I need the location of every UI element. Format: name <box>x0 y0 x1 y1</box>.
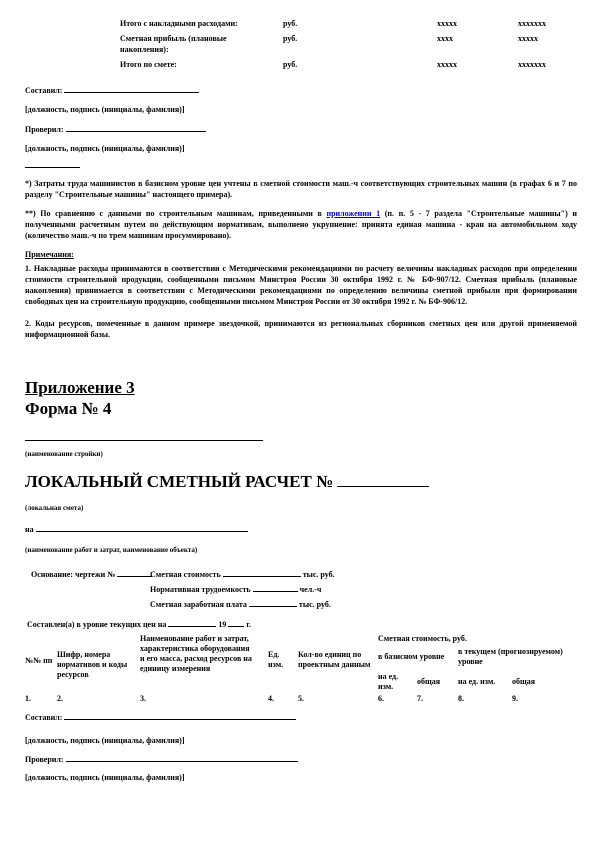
summary-label: Сметная прибыль (плановые накопления): <box>120 33 246 55</box>
summary-row-total: Итого по смете: руб. xxxxx xxxxxxx <box>0 59 595 70</box>
summary-current-value: xxxxx <box>518 33 538 55</box>
salary-label: Сметная заработная плата <box>150 600 247 609</box>
composed-suffix: г. <box>246 620 251 629</box>
checked-by-blank[interactable] <box>66 123 206 132</box>
footnote-star2-text: **) По сравнению с данными по строительн… <box>25 209 326 218</box>
composed-prefix: Составлен(а) в уровне текущих цен на <box>27 620 166 629</box>
summary-base-value: xxxxx <box>437 59 518 70</box>
col-quantity: Кол-во единиц по проектным данным <box>298 650 372 670</box>
col-current-total: общая <box>512 677 546 687</box>
col-current-per-unit: на ед. изм. <box>458 677 510 687</box>
footnote-star1: *) Затраты труда машинистов в базисном у… <box>25 178 577 200</box>
col-base-group: в базисном уровне <box>378 652 454 662</box>
position-caption: [должность, подпись (инициалы, фамилия)] <box>25 143 185 154</box>
object-line: на <box>25 523 248 535</box>
na-label: на <box>25 525 34 534</box>
summary-unit: руб. <box>283 59 437 70</box>
position-caption: [должность, подпись (инициалы, фамилия)] <box>25 104 185 115</box>
position-caption: [должность, подпись (инициалы, фамилия)] <box>25 735 185 746</box>
compiled-by-label: Составил: <box>25 713 62 722</box>
object-caption: (наименование работ и затрат, наименован… <box>25 545 197 556</box>
stroyka-caption: (наименование стройки) <box>25 449 103 460</box>
checked-by-line: Проверил: <box>25 123 206 135</box>
col-base-total: общая <box>417 677 451 687</box>
labor-label: Нормативная трудоемкость <box>150 585 251 594</box>
labor-line: Нормативная трудоемкость чел.-ч <box>150 583 321 595</box>
col-current-group: в текущем (прогнозируемом) уровне <box>458 647 580 667</box>
compiled-by-blank[interactable] <box>64 84 199 93</box>
summary-totals: Итого с накладными расходами: руб. xxxxx… <box>0 18 595 70</box>
cost-line: Сметная стоимость тыс. руб. <box>150 568 335 580</box>
checked-by-line: Проверил: <box>25 753 298 765</box>
col-index-7: 7. <box>417 694 423 704</box>
col-base-per-unit: на ед. изм. <box>378 672 406 692</box>
composed-year: 19 <box>218 620 226 629</box>
checked-by-blank[interactable] <box>66 753 298 762</box>
stroyka-blank-line[interactable] <box>25 440 263 441</box>
compiled-by-label: Составил: <box>25 86 62 95</box>
appendix-title: Приложение 3 <box>25 378 135 398</box>
col-code: Шифр, номера нормативов и коды ресурсов <box>57 650 137 680</box>
col-name: Наименование работ и затрат, характерист… <box>140 634 252 674</box>
estimate-title-line: ЛОКАЛЬНЫЙ СМЕТНЫЙ РАСЧЕТ № <box>25 471 429 492</box>
checked-by-label: Проверил: <box>25 125 64 134</box>
composed-year-blank[interactable] <box>228 618 244 627</box>
composed-date-blank[interactable] <box>168 618 216 627</box>
salary-blank[interactable] <box>249 598 297 607</box>
form-number: Форма № 4 <box>25 399 111 419</box>
basis-line: Основание: чертежи № <box>31 568 152 580</box>
cost-blank[interactable] <box>223 568 301 577</box>
compiled-by-line: Составил: <box>25 711 296 723</box>
salary-line: Сметная заработная плата тыс. руб. <box>150 598 331 610</box>
col-unit: Ед. изм. <box>268 650 292 670</box>
labor-blank[interactable] <box>253 583 298 592</box>
col-cost-group: Сметная стоимость, руб. <box>378 634 538 644</box>
estimate-subtitle: (локальная смета) <box>25 503 83 514</box>
labor-unit: чел.-ч <box>300 585 322 594</box>
appendix1-link[interactable]: приложении 1 <box>326 209 380 218</box>
position-caption: [должность, подпись (инициалы, фамилия)] <box>25 772 185 783</box>
summary-current-value: xxxxxxx <box>518 59 546 70</box>
col-index-9: 9. <box>512 694 518 704</box>
estimate-number-blank[interactable] <box>337 471 429 487</box>
compiled-by-blank[interactable] <box>64 711 296 720</box>
summary-label: Итого по смете: <box>120 59 246 70</box>
estimate-title: ЛОКАЛЬНЫЙ СМЕТНЫЙ РАСЧЕТ № <box>25 472 333 491</box>
note-1: 1. Накладные расходы принимаются в соотв… <box>25 263 577 307</box>
object-blank[interactable] <box>36 523 248 532</box>
col-index-6: 6. <box>378 694 384 704</box>
basis-label: Основание: чертежи № <box>31 570 115 579</box>
notes-heading: Примечания: <box>25 249 74 260</box>
summary-row-overheads: Итого с накладными расходами: руб. xxxxx… <box>0 18 595 29</box>
estimate-table-header: Сметная стоимость, руб. №№ пп Шифр, номе… <box>0 630 595 708</box>
col-index-3: 3. <box>140 694 146 704</box>
footnote-star2: **) По сравнению с данными по строительн… <box>25 208 577 241</box>
col-index-1: 1. <box>25 694 31 704</box>
document-page: Итого с накладными расходами: руб. xxxxx… <box>0 0 595 842</box>
salary-unit: тыс. руб. <box>299 600 331 609</box>
drawings-number-blank[interactable] <box>117 568 152 577</box>
summary-unit: руб. <box>283 18 437 29</box>
summary-current-value: xxxxxxx <box>518 18 546 29</box>
cost-label: Сметная стоимость <box>150 570 221 579</box>
footnote-divider <box>25 167 80 168</box>
col-index-5: 5. <box>298 694 304 704</box>
note-2: 2. Коды ресурсов, помеченные в данном пр… <box>25 318 577 340</box>
col-index-2: 2. <box>57 694 63 704</box>
col-num: №№ пп <box>25 656 55 666</box>
summary-base-value: xxxx <box>437 33 518 55</box>
col-index-4: 4. <box>268 694 274 704</box>
summary-base-value: xxxxx <box>437 18 518 29</box>
col-index-8: 8. <box>458 694 464 704</box>
composed-line: Составлен(а) в уровне текущих цен на 19 … <box>27 618 251 630</box>
summary-label: Итого с накладными расходами: <box>120 18 246 29</box>
cost-unit: тыс. руб. <box>303 570 335 579</box>
checked-by-label: Проверил: <box>25 755 64 764</box>
summary-row-profit: Сметная прибыль (плановые накопления): р… <box>0 33 595 55</box>
summary-unit: руб. <box>283 33 437 55</box>
compiled-by-line: Составил: <box>25 84 199 96</box>
